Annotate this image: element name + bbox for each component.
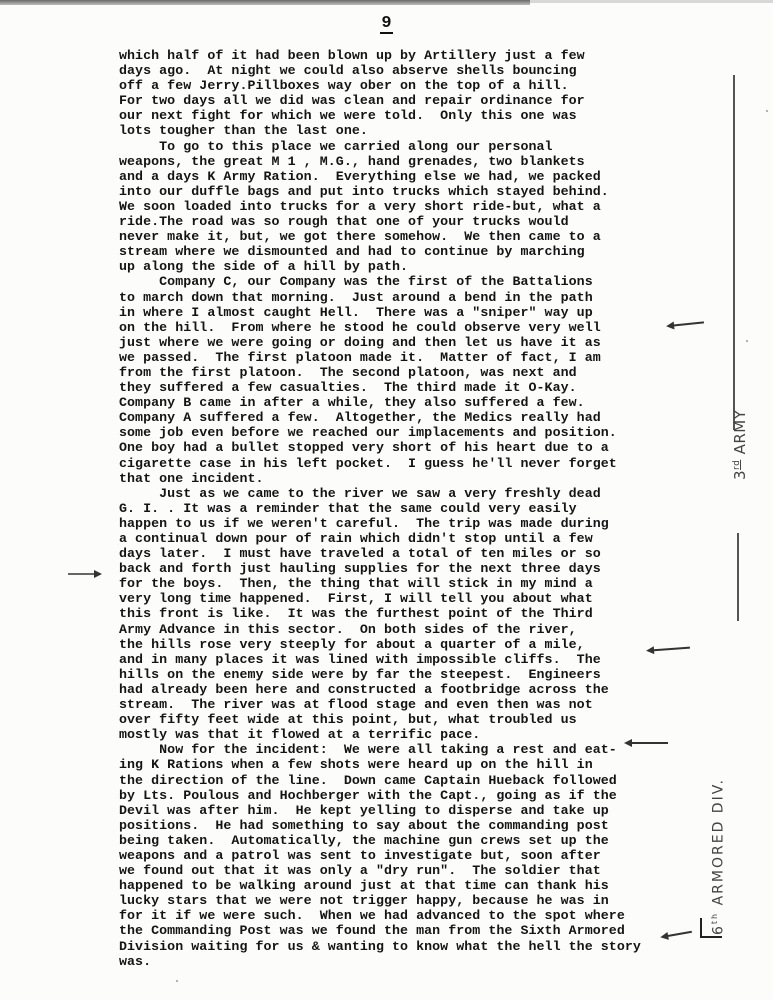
margin-bracket-line-top	[733, 75, 735, 430]
margin-bracket-line-bottom	[737, 533, 739, 621]
text-line: hills on the enemy side were by far the …	[119, 667, 719, 682]
text-line: positions. He had something to say about…	[119, 818, 719, 833]
text-line: days later. I must have traveled a total…	[119, 546, 719, 561]
text-line: for the boys. Then, the thing that will …	[119, 576, 719, 591]
text-line: we passed. The first platoon made it. Ma…	[119, 350, 719, 365]
text-line: cigarette case in his left pocket. I gue…	[119, 456, 719, 471]
page-number-text: 9	[380, 16, 392, 34]
note-prefix: 3	[731, 470, 749, 480]
text-line: our next fight for which we were told. O…	[119, 108, 719, 123]
typewritten-body: which half of it had been blown up by Ar…	[119, 48, 719, 969]
text-line: Company A suffered a few. Altogether, th…	[119, 410, 719, 425]
note-superscript: rd	[732, 460, 742, 470]
text-line: Division waiting for us & wanting to kno…	[119, 939, 719, 954]
text-line: back and forth just hauling supplies for…	[119, 561, 719, 576]
text-line: happened to be walking around just at th…	[119, 878, 719, 893]
text-line: For two days all we did was clean and re…	[119, 93, 719, 108]
text-line: off a few Jerry.Pillboxes way ober on th…	[119, 78, 719, 93]
note-superscript: th	[710, 912, 719, 924]
text-line: ing K Rations when a few shots were hear…	[119, 757, 719, 772]
text-line: they suffered a few casualties. The thir…	[119, 380, 719, 395]
text-line: had already been here and constructed a …	[119, 682, 719, 697]
scan-edge-light	[530, 0, 773, 3]
note-prefix: 6	[711, 924, 727, 935]
text-line: and in many places it was lined with imp…	[119, 652, 719, 667]
text-line: One boy had a bullet stopped very short …	[119, 440, 719, 455]
text-line: stream where we dismounted and had to co…	[119, 244, 719, 259]
note-text: ARMY	[731, 410, 749, 455]
text-line: Company B came in after a while, they al…	[119, 395, 719, 410]
text-line: being taken. Automatically, the machine …	[119, 833, 719, 848]
text-line: up along the side of a hill by path.	[119, 259, 719, 274]
text-line: we found out that it was only a "dry run…	[119, 863, 719, 878]
text-line: that one incident.	[119, 471, 719, 486]
scan-edge-shadow	[0, 0, 530, 5]
text-line: Devil was after him. He kept yelling to …	[119, 803, 719, 818]
text-line: the Commanding Post was we found the man…	[119, 923, 719, 938]
text-line: We soon loaded into trucks for a very sh…	[119, 199, 719, 214]
text-line: the direction of the line. Down came Cap…	[119, 773, 719, 788]
note-text: ARMORED DIV.	[711, 778, 727, 905]
text-line: was.	[119, 954, 719, 969]
text-line: very long time happened. First, I will t…	[119, 591, 719, 606]
text-line: in where I almost caught Hell. There was…	[119, 305, 719, 320]
text-line: weapons, the great M 1 , M.G., hand gren…	[119, 154, 719, 169]
text-line: ride.The road was so rough that one of y…	[119, 214, 719, 229]
text-line: stream. The river was at flood stage and…	[119, 697, 719, 712]
text-line: lots tougher than the last one.	[119, 123, 719, 138]
text-line: a continual down pour of rain which didn…	[119, 531, 719, 546]
text-line: over fifty feet wide at this point, but,…	[119, 712, 719, 727]
text-line: Company C, our Company was the first of …	[119, 274, 719, 289]
handwritten-arrow-icon	[630, 742, 668, 744]
text-line: from the first platoon. The second plato…	[119, 365, 719, 380]
scan-speck	[766, 110, 768, 112]
text-line: G. I. . It was a reminder that the same …	[119, 501, 719, 516]
text-line: which half of it had been blown up by Ar…	[119, 48, 719, 63]
text-line: some job even before we reached our impl…	[119, 425, 719, 440]
scan-speck	[176, 980, 178, 982]
text-line: this front is like. It was the furthest …	[119, 606, 719, 621]
handwritten-note-3rd-army: 3rd ARMY	[731, 410, 749, 480]
text-line: never make it, but, we got there somehow…	[119, 229, 719, 244]
handwritten-note-6th-armored-div: 6th ARMORED DIV.	[710, 778, 727, 935]
scan-speck	[746, 340, 748, 342]
text-line: for it if we were such. When we had adva…	[119, 908, 719, 923]
text-line: Just as we came to the river we saw a ve…	[119, 486, 719, 501]
document-page: 9 which half of it had been blown up by …	[0, 0, 773, 1000]
text-line: the hills rose very steeply for about a …	[119, 637, 719, 652]
text-line: by Lts. Poulous and Hochberger with the …	[119, 788, 719, 803]
handwritten-arrow-icon	[68, 573, 96, 575]
text-line: into our duffle bags and put into trucks…	[119, 184, 719, 199]
text-line: Army Advance in this sector. On both sid…	[119, 622, 719, 637]
text-line: and a days K Army Ration. Everything els…	[119, 169, 719, 184]
text-line: just where we were going or doing and th…	[119, 335, 719, 350]
text-line: lucky stars that we were not trigger hap…	[119, 893, 719, 908]
text-line: on the hill. From where he stood he coul…	[119, 320, 719, 335]
text-line: to march down that morning. Just around …	[119, 290, 719, 305]
text-line: To go to this place we carried along our…	[119, 139, 719, 154]
text-line: days ago. At night we could also abserve…	[119, 63, 719, 78]
page-number: 9	[0, 14, 773, 34]
text-line: happen to us if we weren't careful. The …	[119, 516, 719, 531]
text-line: weapons and a patrol was sent to investi…	[119, 848, 719, 863]
